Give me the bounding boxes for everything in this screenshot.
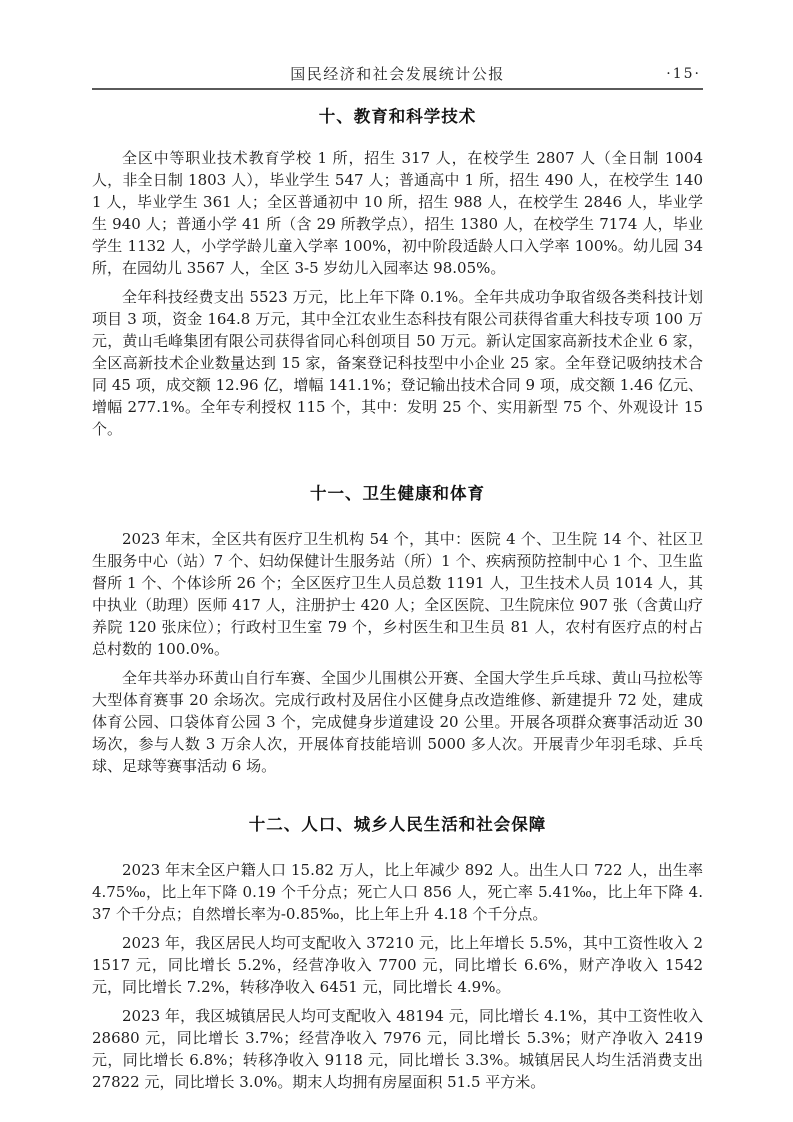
paragraph-urban-income: 2023 年，我区城镇居民人均可支配收入 48194 元，同比增长 4.1%，其… <box>92 1005 703 1093</box>
page-number: ·15· <box>666 64 701 84</box>
section-title-health-sports: 十一、卫生健康和体育 <box>92 482 703 506</box>
section-health-sports: 十一、卫生健康和体育 2023 年末，全区共有医疗卫生机构 54 个，其中：医院… <box>92 482 703 777</box>
section-population-livelihood: 十二、人口、城乡人民生活和社会保障 2023 年末全区户籍人口 15.82 万人… <box>92 813 703 1093</box>
page-header: 国民经济和社会发展统计公报 ·15· <box>92 64 703 90</box>
paragraph-sports-events: 全年共举办环黄山自行车赛、全国少儿围棋公开赛、全国大学生乒乓球、黄山马拉松等大型… <box>92 667 703 777</box>
paragraph-population: 2023 年末全区户籍人口 15.82 万人，比上年减少 892 人。出生人口 … <box>92 859 703 925</box>
paragraph-science-technology: 全年科技经费支出 5523 万元，比上年下降 0.1%。全年共成功争取省级各类科… <box>92 286 703 440</box>
paragraph-health-institutions: 2023 年末，全区共有医疗卫生机构 54 个，其中：医院 4 个、卫生院 14… <box>92 528 703 660</box>
section-title-population-livelihood: 十二、人口、城乡人民生活和社会保障 <box>92 813 703 837</box>
paragraph-education: 全区中等职业技术教育学校 1 所，招生 317 人，在校学生 2807 人（全日… <box>92 147 703 279</box>
section-education-science: 十、教育和科学技术 全区中等职业技术教育学校 1 所，招生 317 人，在校学生… <box>92 105 703 440</box>
header-title: 国民经济和社会发展统计公报 <box>290 65 505 83</box>
paragraph-resident-income: 2023 年，我区居民人均可支配收入 37210 元，比上年增长 5.5%，其中… <box>92 932 703 998</box>
page-body: 十、教育和科学技术 全区中等职业技术教育学校 1 所，招生 317 人，在校学生… <box>92 105 703 1093</box>
statistical-bulletin-page: 国民经济和社会发展统计公报 ·15· 十、教育和科学技术 全区中等职业技术教育学… <box>0 0 793 1122</box>
section-title-education-science: 十、教育和科学技术 <box>92 105 703 129</box>
